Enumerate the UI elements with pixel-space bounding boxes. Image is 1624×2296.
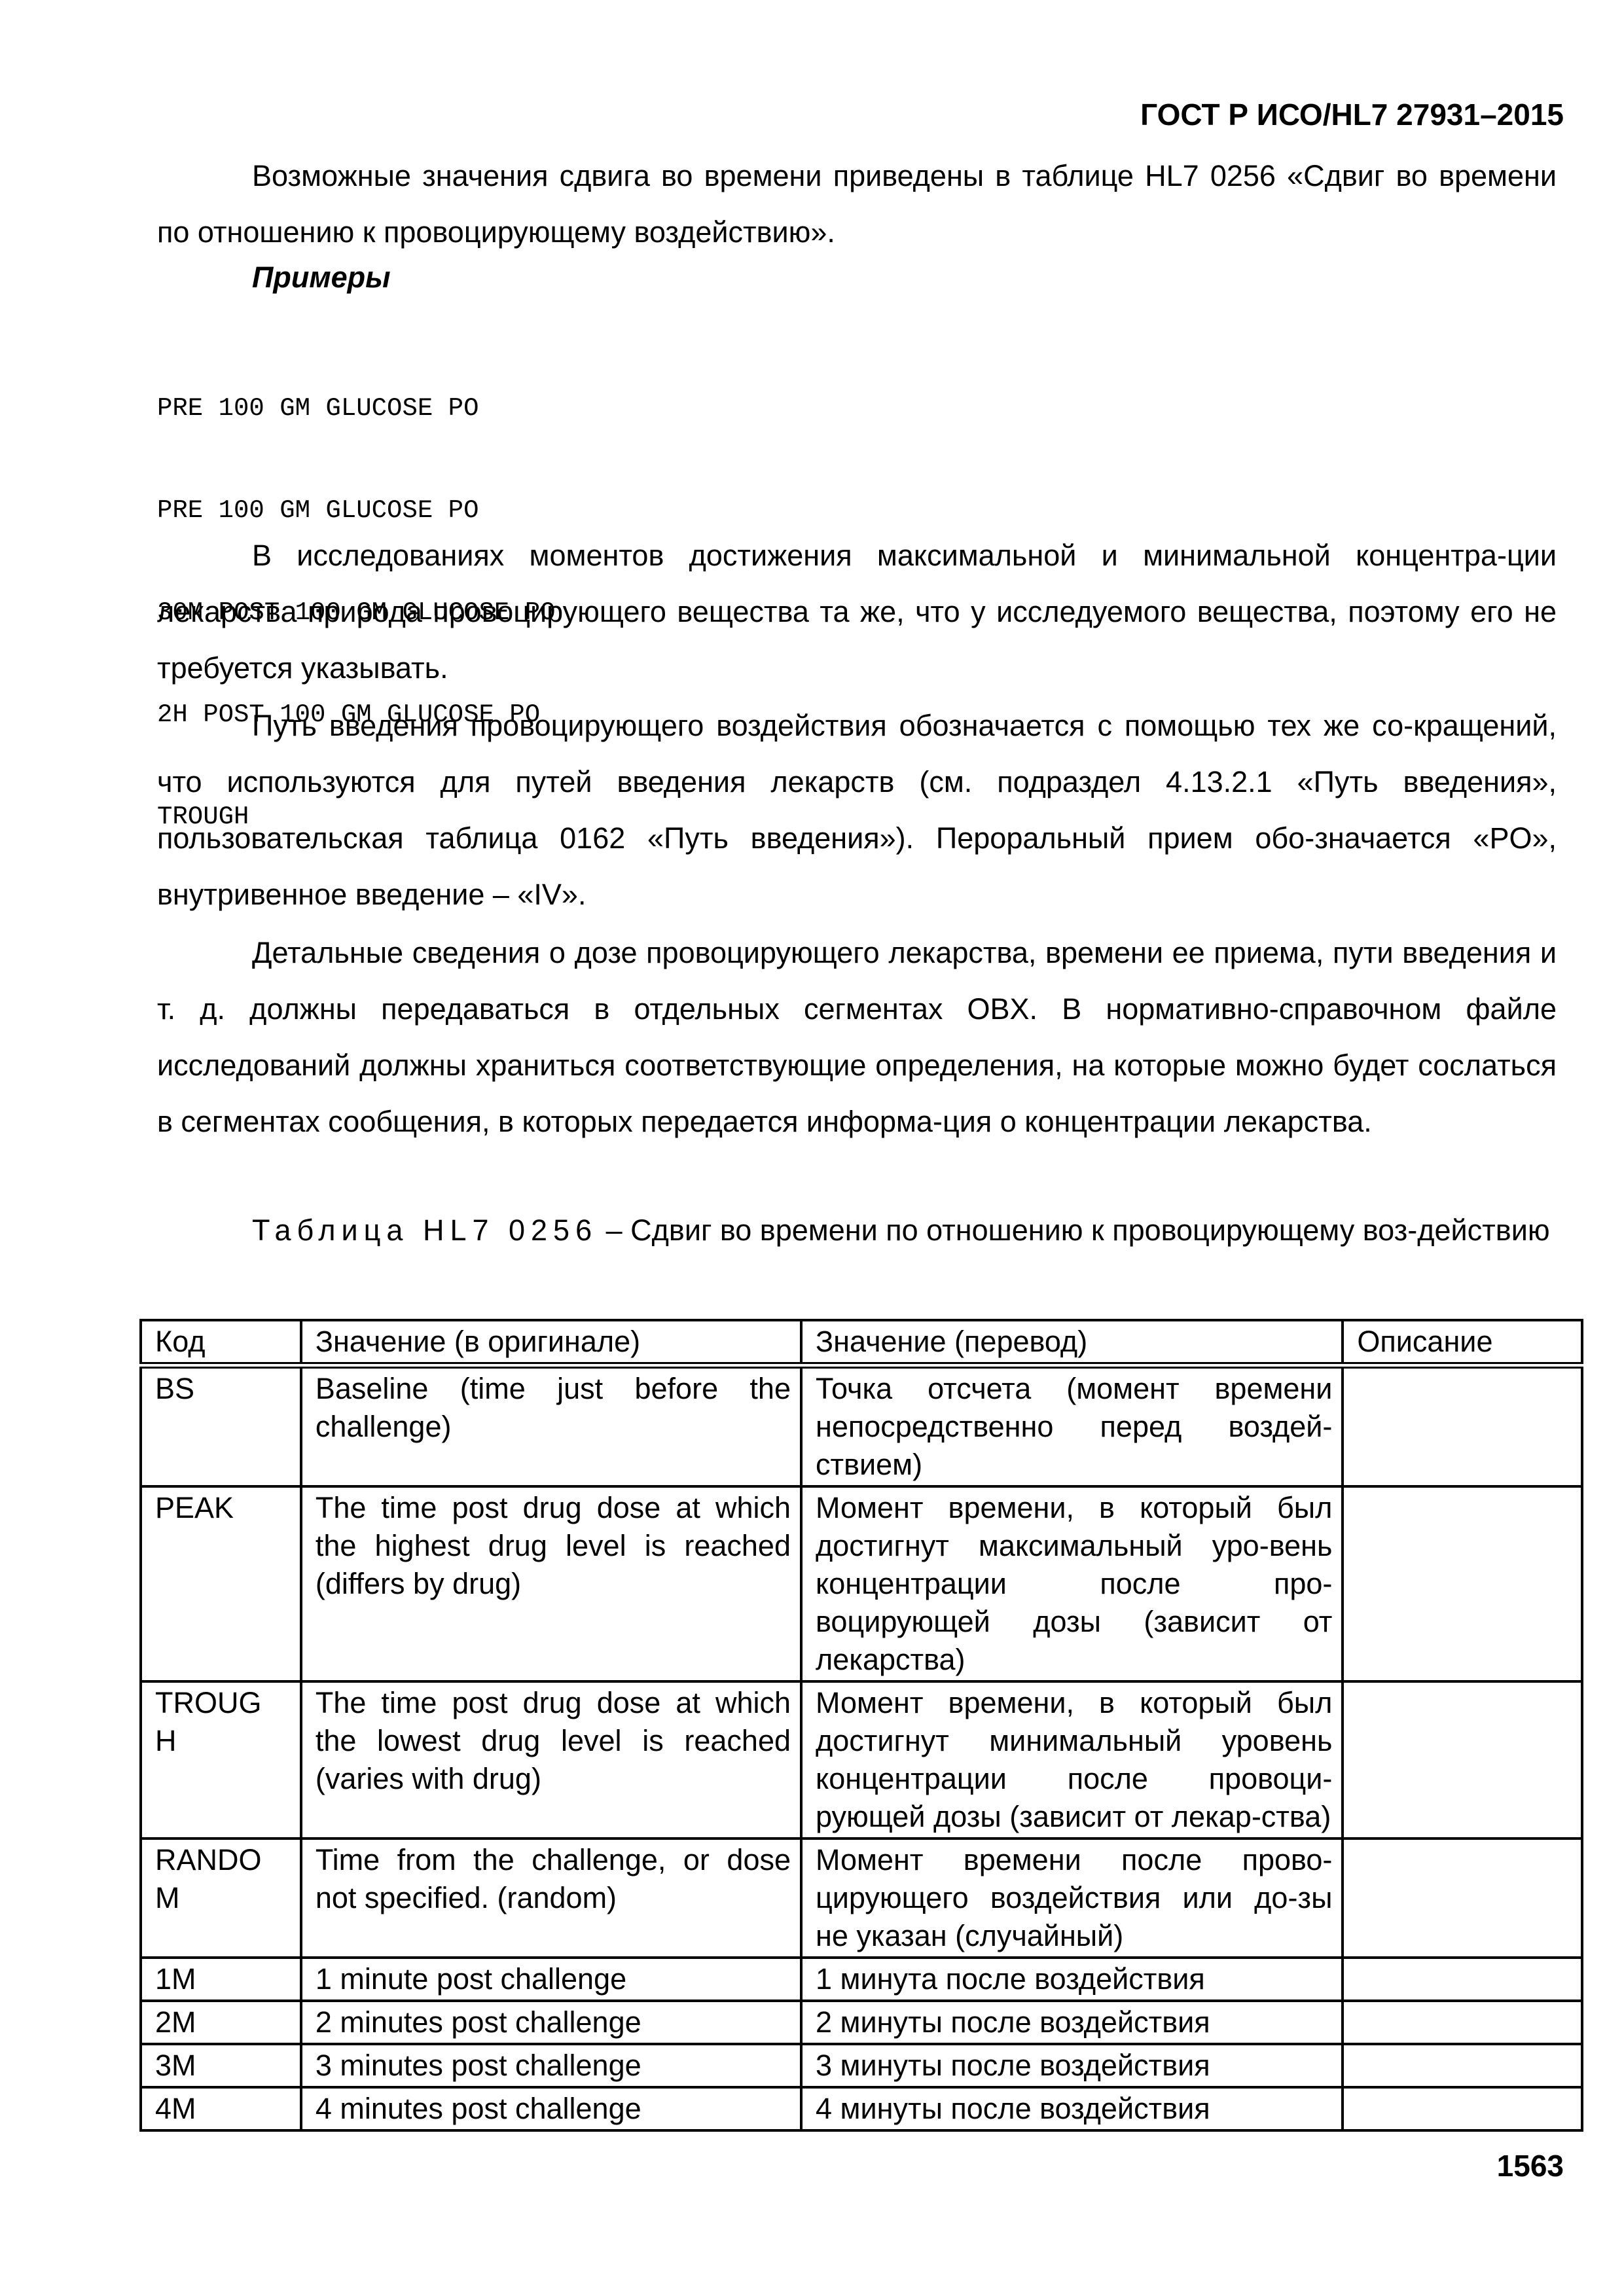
cell-code: BS	[141, 1365, 301, 1486]
table-header-row: Код Значение (в оригинале) Значение (пер…	[141, 1320, 1582, 1365]
cell-original: The time post drug dose at which the low…	[301, 1681, 801, 1839]
cell-description	[1343, 1365, 1582, 1486]
table-row: RANDO MTime from the challenge, or dose …	[141, 1839, 1582, 1958]
cell-original: The time post drug dose at which the hig…	[301, 1486, 801, 1681]
table-row: BSBaseline (time just before the challen…	[141, 1365, 1582, 1486]
cell-translation: Момент времени после прово-цирующего воз…	[801, 1839, 1343, 1958]
table-row: PEAKThe time post drug dose at which the…	[141, 1486, 1582, 1681]
peak-trough-text: В исследованиях моментов достижения макс…	[157, 528, 1557, 696]
hl7-0256-table: Код Значение (в оригинале) Значение (пер…	[139, 1319, 1583, 2132]
intro-text: Возможные значения сдвига во времени при…	[157, 148, 1557, 260]
details-text: Детальные сведения о дозе провоцирующего…	[157, 925, 1557, 1150]
route-paragraph: Путь введения провоцирующего воздействия…	[157, 698, 1557, 923]
table-row: 4M4 minutes post challenge4 минуты после…	[141, 2087, 1582, 2130]
cell-translation: 4 минуты после воздействия	[801, 2087, 1343, 2130]
details-paragraph: Детальные сведения о дозе провоцирующего…	[157, 925, 1557, 1150]
table-row: 2M2 minutes post challenge2 минуты после…	[141, 2001, 1582, 2044]
page-number: 1563	[1497, 2148, 1564, 2183]
cell-original: 1 minute post challenge	[301, 1958, 801, 2001]
cell-description	[1343, 1958, 1582, 2001]
column-header-original: Значение (в оригинале)	[301, 1320, 801, 1365]
cell-description	[1343, 2087, 1582, 2130]
cell-code: 4M	[141, 2087, 301, 2130]
intro-paragraph: Возможные значения сдвига во времени при…	[157, 148, 1557, 260]
cell-code: PEAK	[141, 1486, 301, 1681]
cell-original: Time from the challenge, or dose not spe…	[301, 1839, 801, 1958]
example-line: PRE 100 GM GLUCOSE PO	[157, 493, 556, 528]
cell-original: 3 minutes post challenge	[301, 2044, 801, 2087]
cell-translation: Момент времени, в который был достигнут …	[801, 1681, 1343, 1839]
route-text: Путь введения провоцирующего воздействия…	[157, 698, 1557, 923]
table-row: 1M1 minute post challenge1 минута после …	[141, 1958, 1582, 2001]
cell-original: Baseline (time just before the challenge…	[301, 1365, 801, 1486]
peak-trough-paragraph: В исследованиях моментов достижения макс…	[157, 528, 1557, 696]
cell-translation: Точка отсчета (момент времени непосредст…	[801, 1365, 1343, 1486]
cell-translation: 2 минуты после воздействия	[801, 2001, 1343, 2044]
cell-translation: 3 минуты после воздействия	[801, 2044, 1343, 2087]
cell-description	[1343, 1486, 1582, 1681]
cell-code: 2M	[141, 2001, 301, 2044]
column-header-code: Код	[141, 1320, 301, 1365]
table-caption-title: Сдвиг во времени по отношению к провоцир…	[630, 1213, 1549, 1247]
examples-heading: Примеры	[252, 260, 391, 295]
cell-description	[1343, 2044, 1582, 2087]
cell-original: 2 minutes post challenge	[301, 2001, 801, 2044]
cell-code: 3M	[141, 2044, 301, 2087]
cell-translation: 1 минута после воздействия	[801, 1958, 1343, 2001]
table-row: 3M3 minutes post challenge3 минуты после…	[141, 2044, 1582, 2087]
cell-original: 4 minutes post challenge	[301, 2087, 801, 2130]
cell-code: TROUG H	[141, 1681, 301, 1839]
document-standard-header: ГОСТ Р ИСО/HL7 27931–2015	[1140, 97, 1564, 132]
example-line: PRE 100 GM GLUCOSE PO	[157, 391, 556, 425]
column-header-translation: Значение (перевод)	[801, 1320, 1343, 1365]
cell-description	[1343, 1839, 1582, 1958]
table-caption: Таблица HL7 0256 – Сдвиг во времени по о…	[157, 1202, 1557, 1259]
table-caption-dash: –	[598, 1213, 630, 1247]
cell-description	[1343, 2001, 1582, 2044]
cell-code: RANDO M	[141, 1839, 301, 1958]
table-caption-label: Таблица HL7 0256	[252, 1213, 598, 1247]
cell-translation: Момент времени, в который был достигнут …	[801, 1486, 1343, 1681]
cell-code: 1M	[141, 1958, 301, 2001]
column-header-description: Описание	[1343, 1320, 1582, 1365]
table-row: TROUG HThe time post drug dose at which …	[141, 1681, 1582, 1839]
cell-description	[1343, 1681, 1582, 1839]
